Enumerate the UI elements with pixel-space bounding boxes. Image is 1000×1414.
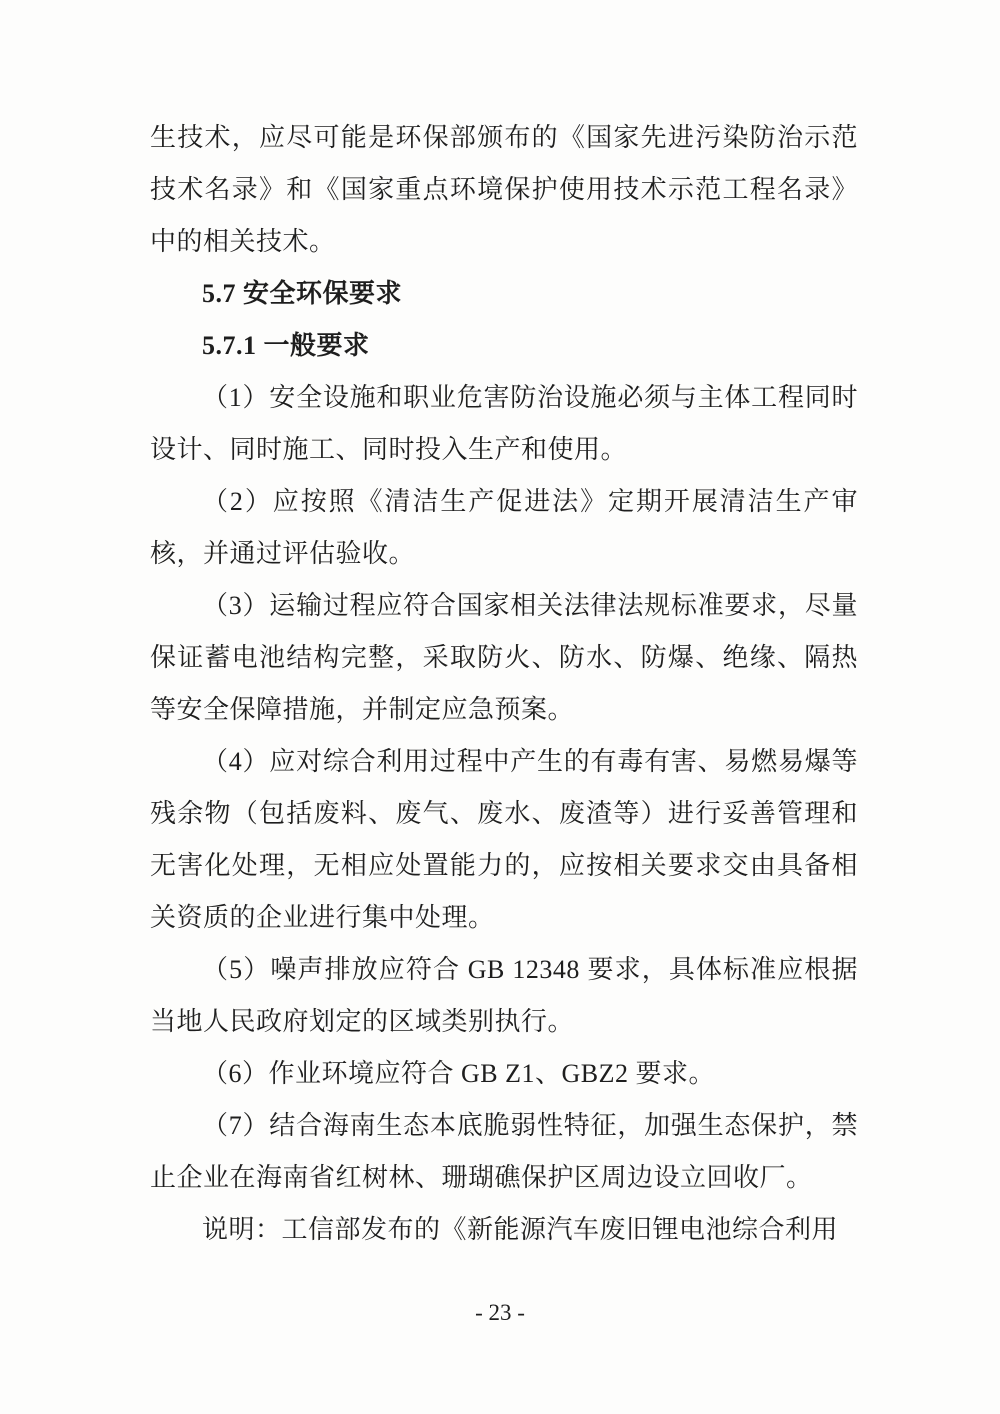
subsection-heading-5-7-1: 5.7.1 一般要求 bbox=[150, 320, 858, 372]
section-heading-5-7: 5.7 安全环保要求 bbox=[150, 268, 858, 320]
page-body-text: 生技术，应尽可能是环保部颁布的《国家先进污染防治示范技术名录》和《国家重点环境保… bbox=[150, 112, 858, 1256]
body-paragraph-item-6: （6）作业环境应符合 GB Z1、GBZ2 要求。 bbox=[150, 1048, 858, 1100]
note-paragraph: 说明：工信部发布的《新能源汽车废旧锂电池综合利用 bbox=[150, 1204, 858, 1256]
body-paragraph-item-5: （5）噪声排放应符合 GB 12348 要求，具体标准应根据当地人民政府划定的区… bbox=[150, 944, 858, 1048]
body-paragraph-item-4: （4）应对综合利用过程中产生的有毒有害、易燃易爆等残余物（包括废料、废气、废水、… bbox=[150, 736, 858, 944]
body-paragraph-item-2: （2）应按照《清洁生产促进法》定期开展清洁生产审核，并通过评估验收。 bbox=[150, 476, 858, 580]
document-page: 生技术，应尽可能是环保部颁布的《国家先进污染防治示范技术名录》和《国家重点环境保… bbox=[0, 0, 1000, 1414]
body-paragraph-item-7: （7）结合海南生态本底脆弱性特征，加强生态保护，禁止企业在海南省红树林、珊瑚礁保… bbox=[150, 1100, 858, 1204]
body-paragraph-item-3: （3）运输过程应符合国家相关法律法规标准要求，尽量保证蓄电池结构完整，采取防火、… bbox=[150, 580, 858, 736]
body-paragraph: 生技术，应尽可能是环保部颁布的《国家先进污染防治示范技术名录》和《国家重点环境保… bbox=[150, 112, 858, 268]
body-paragraph-item-1: （1）安全设施和职业危害防治设施必须与主体工程同时设计、同时施工、同时投入生产和… bbox=[150, 372, 858, 476]
page-number: - 23 - bbox=[0, 1300, 1000, 1326]
